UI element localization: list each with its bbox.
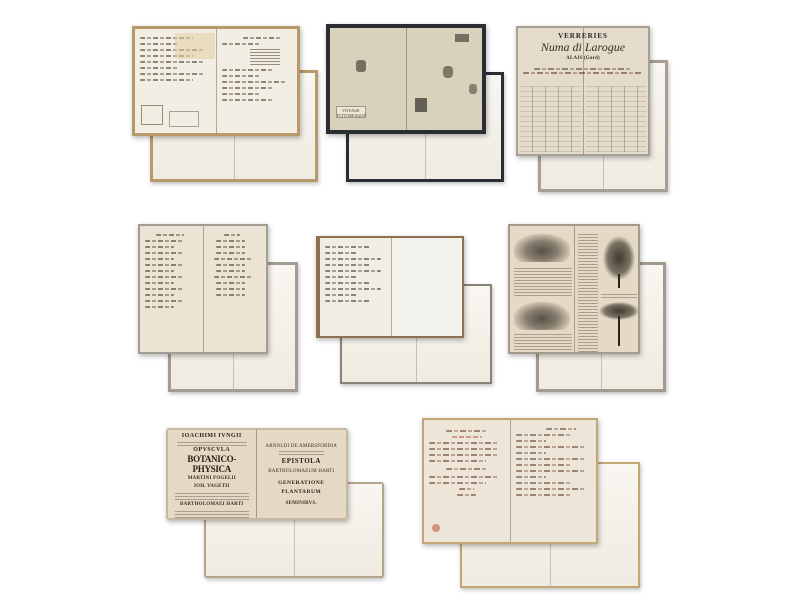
invoice-spread: VERRERIES Numa di Larogue ALAIS (Gard): [516, 26, 650, 156]
epistle-recipient: BARTHOLOMAEUM HARTI: [261, 469, 343, 475]
work-title-line2: BOTANICO-PHYSICA: [171, 454, 253, 474]
epistle-subject-end: SEMINIBVS.: [261, 501, 343, 507]
invoice-company-name: Numa di Larogue: [518, 40, 648, 54]
invoice-city: ALAIS (Gard): [518, 56, 648, 62]
title-page-spread: IOACHIMI IVNGII OPVSCVLA BOTANICO-PHYSIC…: [166, 428, 348, 520]
engraving-spread: [508, 224, 640, 354]
newspaper-spread: VOYAGE PITTORESQUE: [326, 24, 486, 134]
epistle-author: ARNOLDI DE AMERSFORDIA: [261, 444, 343, 450]
invoice-header: VERRERIES: [518, 32, 648, 40]
work-title-line1: OPVSCVLA: [171, 447, 253, 454]
handwritten-spread: [132, 26, 300, 136]
stamp-text: VOYAGE PITTORESQUE: [337, 107, 365, 118]
epistle-title: EPISTOLA: [261, 457, 343, 466]
red-seal-icon: [432, 524, 440, 532]
editor-name-2: IOH. VAGETII: [171, 484, 253, 490]
author-name: IOACHIMI IVNGII: [171, 433, 253, 440]
landscape-engraving-icon: [514, 234, 570, 262]
dedicatee-name: BARTHOLOMAEI HARTI: [171, 502, 253, 508]
ledger-spread: [138, 224, 268, 354]
landscape-engraving-icon: [514, 302, 570, 330]
journal-spread: [316, 236, 464, 338]
epistle-subject: GENERATIONE PLANTARUM: [261, 479, 343, 497]
editor-name: MARTINI FOGELII: [171, 476, 253, 482]
index-spread: [422, 418, 598, 544]
